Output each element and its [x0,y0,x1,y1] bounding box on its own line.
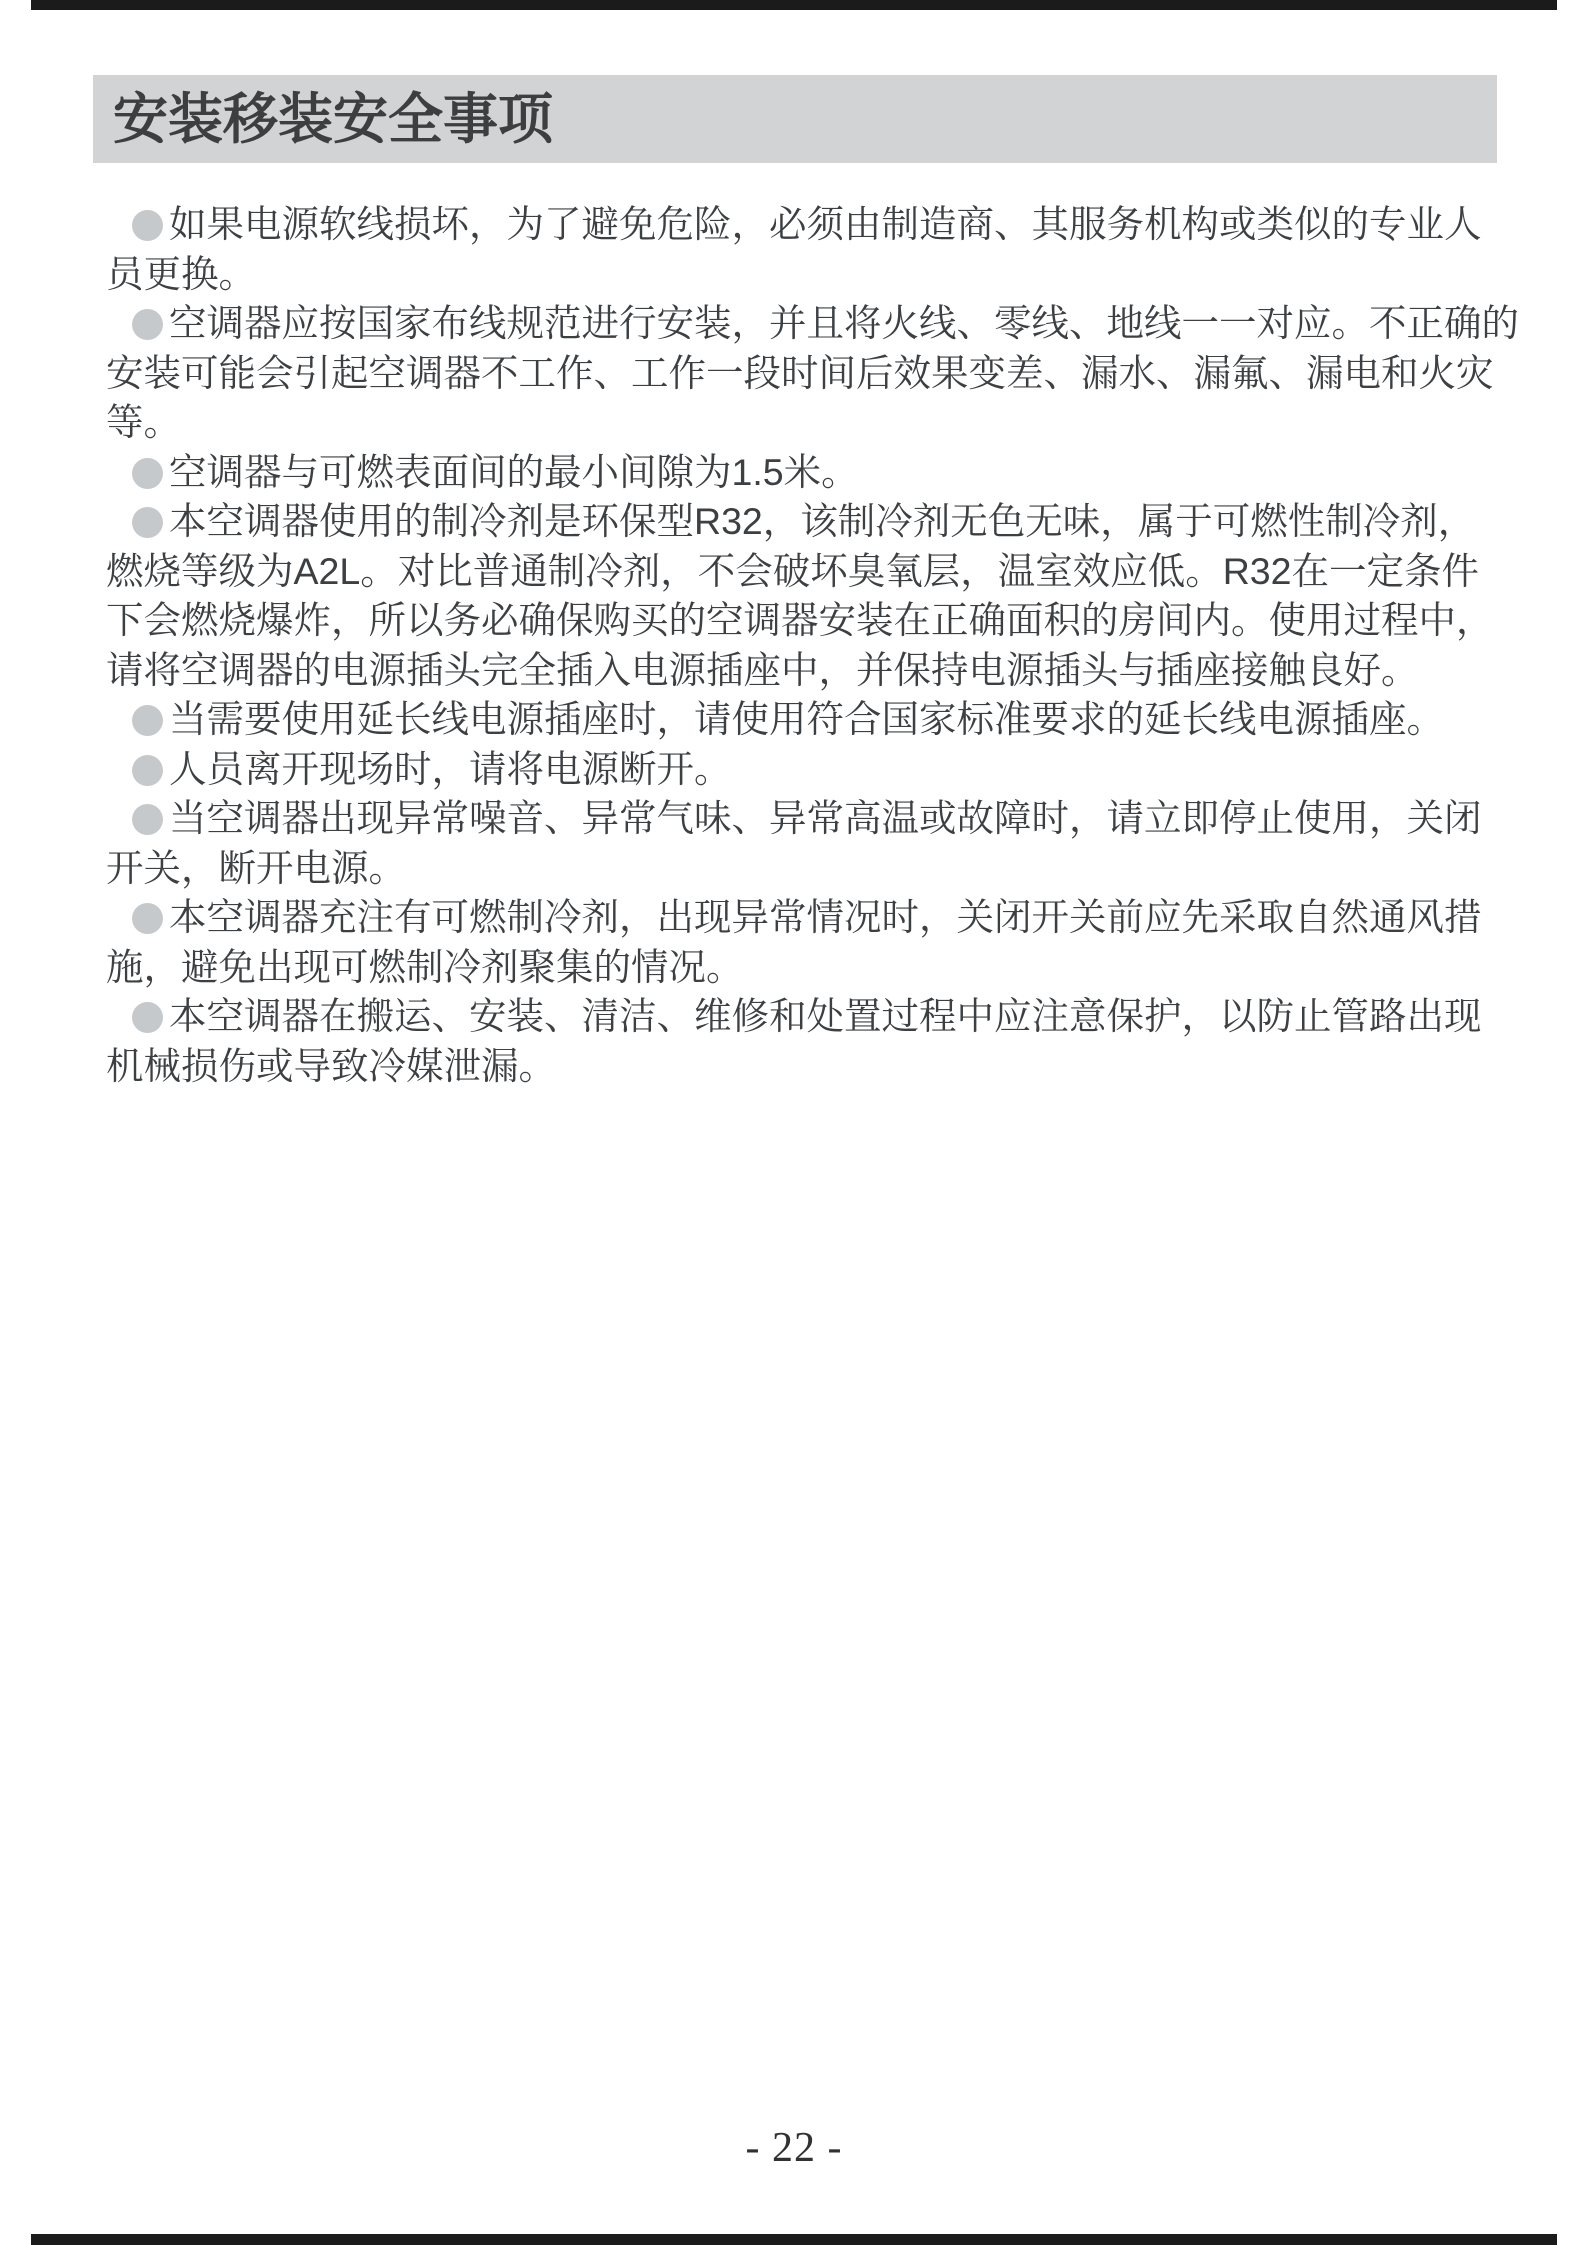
text-line-content: 本空调器在搬运、安装、清洁、维修和处置过程中应注意保护，以防止管路出现 [169,995,1482,1037]
section-header: 安装移装安全事项 [93,75,1497,163]
text-line-content: 员更换。 [106,253,256,295]
text-line-content: 开关，断开电源。 [106,847,406,889]
safety-paragraph: 空调器应按国家布线规范进行安装，并且将火线、零线、地线一一对应。不正确的安装可能… [106,299,1498,448]
text-line: 请将空调器的电源插头完全插入电源插座中，并保持电源插头与插座接触良好。 [106,646,1498,696]
safety-paragraph: 本空调器充注有可燃制冷剂，出现异常情况时，关闭开关前应先采取自然通风措施，避免出… [106,893,1498,992]
page-footer: - 22 - [0,2124,1588,2172]
text-line: 员更换。 [106,250,1498,300]
page-bottom-edge-bar [31,2234,1557,2245]
text-line-content: 安装可能会引起空调器不工作、工作一段时间后效果变差、漏水、漏氟、漏电和火灾 [106,352,1494,394]
text-line-content: 施，避免出现可燃制冷剂聚集的情况。 [106,946,744,988]
text-line: 当空调器出现异常噪音、异常气味、异常高温或故障时，请立即停止使用，关闭 [132,794,1498,844]
text-line: 下会燃烧爆炸，所以务必确保购买的空调器安装在正确面积的房间内。使用过程中， [106,596,1498,646]
text-line: 机械损伤或导致冷媒泄漏。 [106,1042,1498,1092]
text-line-content: 燃烧等级为A2L。对比普通制冷剂，不会破坏臭氧层，温室效应低。R32在一定条件 [106,550,1479,592]
text-line: 本空调器在搬运、安装、清洁、维修和处置过程中应注意保护，以防止管路出现 [132,992,1498,1042]
text-line-content: 当需要使用延长线电源插座时，请使用符合国家标准要求的延长线电源插座。 [169,698,1444,740]
bullet-icon [132,705,163,736]
text-line: 本空调器使用的制冷剂是环保型R32，该制冷剂无色无味，属于可燃性制冷剂， [132,497,1498,547]
bullet-icon [132,804,163,835]
text-line-content: 请将空调器的电源插头完全插入电源插座中，并保持电源插头与插座接触良好。 [106,649,1419,691]
text-line: 开关，断开电源。 [106,844,1498,894]
safety-paragraph: 空调器与可燃表面间的最小间隙为1.5米。 [106,448,1498,498]
text-line: 等。 [106,398,1498,448]
text-line: 安装可能会引起空调器不工作、工作一段时间后效果变差、漏水、漏氟、漏电和火灾 [106,349,1498,399]
safety-paragraph: 本空调器在搬运、安装、清洁、维修和处置过程中应注意保护，以防止管路出现机械损伤或… [106,992,1498,1091]
bullet-icon [132,210,163,241]
safety-paragraph: 当需要使用延长线电源插座时，请使用符合国家标准要求的延长线电源插座。 [106,695,1498,745]
safety-instructions: 如果电源软线损坏，为了避免危险，必须由制造商、其服务机构或类似的专业人员更换。空… [106,200,1498,1091]
text-line-content: 空调器应按国家布线规范进行安装，并且将火线、零线、地线一一对应。不正确的 [169,302,1519,344]
section-title: 安装移装安全事项 [93,92,553,147]
text-line-content: 下会燃烧爆炸，所以务必确保购买的空调器安装在正确面积的房间内。使用过程中， [106,599,1494,641]
text-line-content: 当空调器出现异常噪音、异常气味、异常高温或故障时，请立即停止使用，关闭 [169,797,1482,839]
text-line-content: 本空调器使用的制冷剂是环保型R32，该制冷剂无色无味，属于可燃性制冷剂， [169,500,1475,542]
text-line-content: 本空调器充注有可燃制冷剂，出现异常情况时，关闭开关前应先采取自然通风措 [169,896,1482,938]
page-top-edge-bar [31,0,1557,10]
manual-page: 安装移装安全事项 如果电源软线损坏，为了避免危险，必须由制造商、其服务机构或类似… [0,0,1588,2245]
text-line-content: 等。 [106,401,181,443]
text-line-content: 人员离开现场时，请将电源断开。 [169,748,732,790]
text-line: 人员离开现场时，请将电源断开。 [132,745,1498,795]
bullet-icon [132,903,163,934]
safety-paragraph: 如果电源软线损坏，为了避免危险，必须由制造商、其服务机构或类似的专业人员更换。 [106,200,1498,299]
text-line: 空调器与可燃表面间的最小间隙为1.5米。 [132,448,1498,498]
safety-paragraph: 人员离开现场时，请将电源断开。 [106,745,1498,795]
text-line: 本空调器充注有可燃制冷剂，出现异常情况时，关闭开关前应先采取自然通风措 [132,893,1498,943]
bullet-icon [132,1002,163,1033]
bullet-icon [132,507,163,538]
text-line-content: 如果电源软线损坏，为了避免危险，必须由制造商、其服务机构或类似的专业人 [169,203,1482,245]
text-line: 如果电源软线损坏，为了避免危险，必须由制造商、其服务机构或类似的专业人 [132,200,1498,250]
bullet-icon [132,755,163,786]
text-line-content: 空调器与可燃表面间的最小间隙为1.5米。 [169,451,859,493]
text-line: 燃烧等级为A2L。对比普通制冷剂，不会破坏臭氧层，温室效应低。R32在一定条件 [106,547,1498,597]
safety-paragraph: 当空调器出现异常噪音、异常气味、异常高温或故障时，请立即停止使用，关闭开关，断开… [106,794,1498,893]
bullet-icon [132,458,163,489]
text-line: 当需要使用延长线电源插座时，请使用符合国家标准要求的延长线电源插座。 [132,695,1498,745]
text-line: 施，避免出现可燃制冷剂聚集的情况。 [106,943,1498,993]
safety-paragraph: 本空调器使用的制冷剂是环保型R32，该制冷剂无色无味，属于可燃性制冷剂，燃烧等级… [106,497,1498,695]
text-line: 空调器应按国家布线规范进行安装，并且将火线、零线、地线一一对应。不正确的 [132,299,1498,349]
bullet-icon [132,309,163,340]
text-line-content: 机械损伤或导致冷媒泄漏。 [106,1045,556,1087]
page-number: - 22 - [746,2125,843,2171]
